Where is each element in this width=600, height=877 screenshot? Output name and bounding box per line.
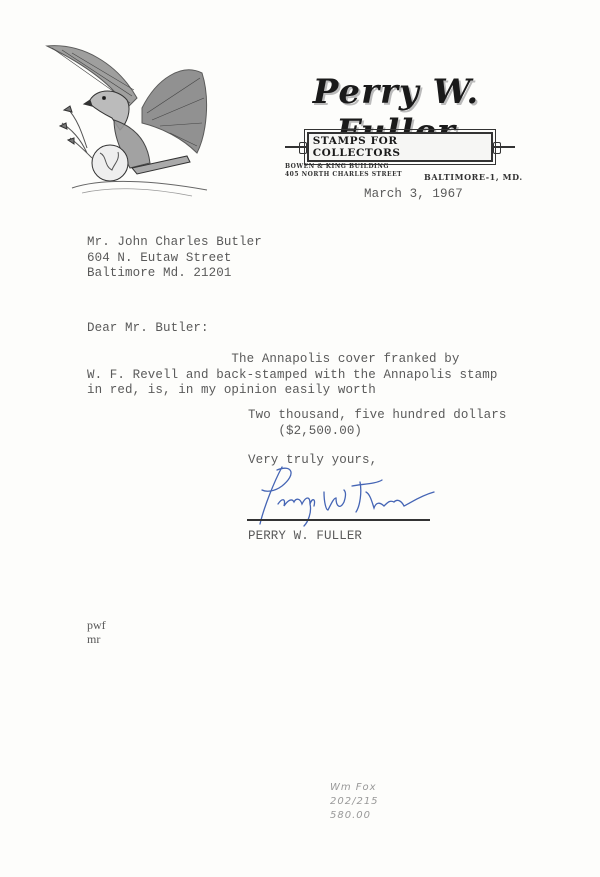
letter-date: March 3, 1967 — [364, 187, 463, 203]
building-address: BOWEN & KING BUILDING 405 NORTH CHARLES … — [285, 163, 402, 179]
tagline-banner: STAMPS FOR COLLECTORS — [285, 137, 515, 157]
recipient-address: Mr. John Charles Butler 604 N. Eutaw Str… — [87, 235, 262, 282]
reference-initials: pwf mr — [87, 618, 106, 646]
eagle-logo-icon — [42, 38, 212, 203]
pencil-note: 202/215 — [330, 796, 379, 807]
letter-body: The Annapolis cover franked by W. F. Rev… — [87, 352, 497, 399]
initials-line: mr — [87, 632, 100, 646]
tagline: STAMPS FOR COLLECTORS — [307, 132, 494, 162]
building-line-1: BOWEN & KING BUILDING — [285, 163, 389, 170]
body-line: in red, is, in my opinion easily worth — [87, 383, 376, 397]
pencil-note: Wm Fox — [330, 782, 377, 793]
initials-line: pwf — [87, 618, 106, 632]
amount-words: Two thousand, five hundred dollars — [248, 408, 506, 422]
typed-signer-name: PERRY W. FULLER — [248, 529, 362, 545]
body-line: The Annapolis cover franked by — [87, 352, 459, 366]
recipient-line-3: Baltimore Md. 21201 — [87, 266, 231, 280]
city: BALTIMORE-1, MD. — [424, 172, 523, 182]
building-line-2: 405 NORTH CHARLES STREET — [285, 171, 402, 178]
flourish-right-icon — [493, 146, 515, 148]
recipient-line-1: Mr. John Charles Butler — [87, 235, 262, 249]
valuation: Two thousand, five hundred dollars ($2,5… — [248, 408, 506, 439]
pencil-notes: Wm Fox 202/215 580.00 — [330, 781, 379, 823]
pencil-note: 580.00 — [330, 810, 371, 821]
body-line: W. F. Revell and back-stamped with the A… — [87, 368, 497, 382]
signature-line — [247, 519, 430, 521]
amount-figures: ($2,500.00) — [248, 424, 362, 438]
salutation: Dear Mr. Butler: — [87, 321, 209, 337]
recipient-line-2: 604 N. Eutaw Street — [87, 251, 231, 265]
flourish-left-icon — [285, 146, 307, 148]
